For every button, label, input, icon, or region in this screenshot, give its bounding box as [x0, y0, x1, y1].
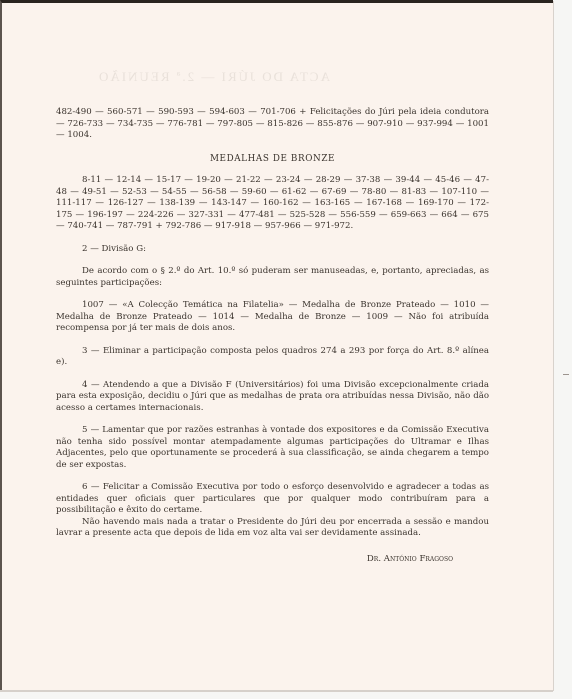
page-edge-shadow — [0, 690, 553, 692]
section-4: 4 — Atendendo a que a Divisão F (Univers… — [56, 380, 489, 415]
closing-paragraph: Não havendo mais nada a tratar o Preside… — [56, 517, 489, 540]
award-list-continuation: 482-490 — 560-571 — 590-593 — 594-603 — … — [56, 107, 489, 142]
document-body: 482-490 — 560-571 — 590-593 — 594-603 — … — [56, 107, 489, 565]
section-6: 6 — Felicitar a Comissão Executiva por t… — [56, 482, 489, 517]
show-through-text: ACTA DO JÚRI — 2.ª REUNIÃO — [97, 69, 330, 85]
section-5: 5 — Lamentar que por razões estranhas à … — [56, 425, 489, 471]
margin-mark — [563, 374, 569, 375]
section-2-intro: De acordo com o § 2.º do Art. 10.º só pu… — [56, 266, 489, 289]
bronze-medals-list: 8-11 — 12-14 — 15-17 — 19-20 — 21-22 — 2… — [56, 175, 489, 233]
section-3: 3 — Eliminar a participação composta pel… — [56, 346, 489, 369]
section-2-details: 1007 — «A Colecção Temática na Filatelia… — [56, 300, 489, 335]
signature: Dr. António Fragoso — [56, 554, 489, 566]
bronze-medals-heading: MEDALHAS DE BRONZE — [56, 154, 489, 166]
scanned-page: ACTA DO JÚRI — 2.ª REUNIÃO 482-490 — 560… — [0, 0, 553, 690]
section-2-title: 2 — Divisão G: — [56, 244, 489, 256]
